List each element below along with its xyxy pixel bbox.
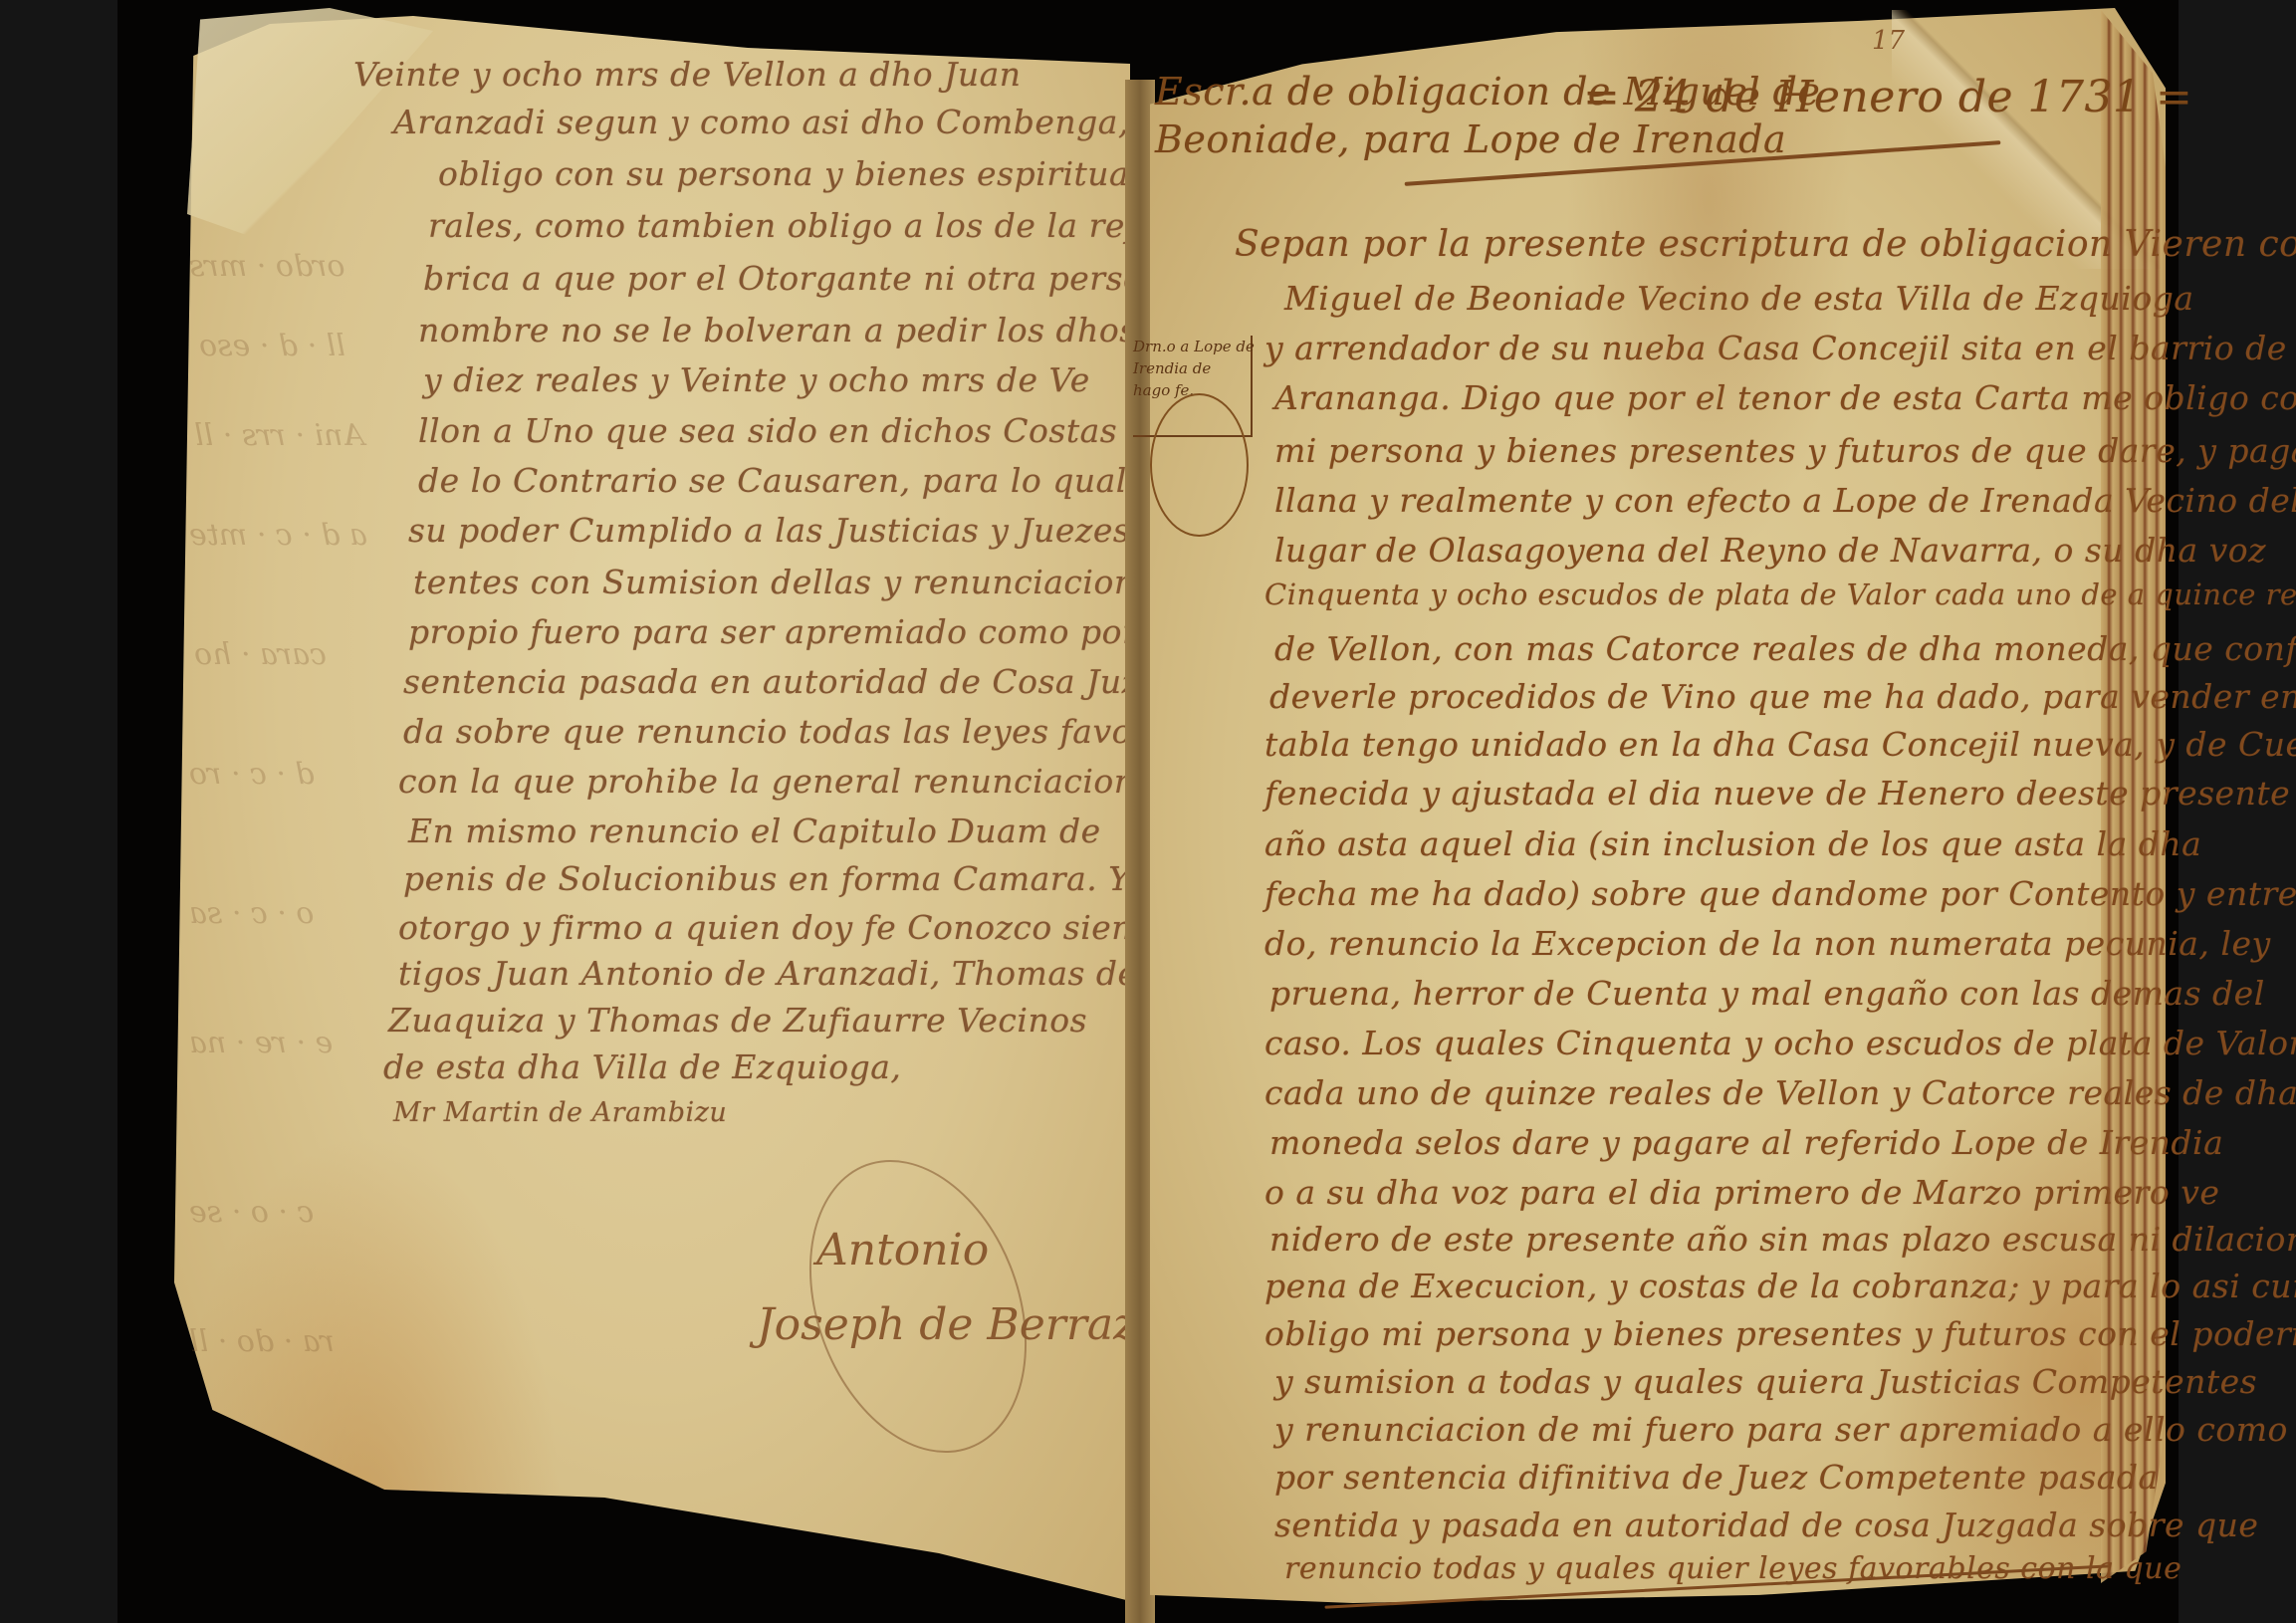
heading-date: = 24 de Henero de 1731 =	[1583, 72, 2192, 122]
margin-flourish	[1150, 393, 1249, 537]
manuscript-line: Veinte y ocho mrs de Vellon a dho Juan	[353, 55, 1022, 94]
manuscript-line: Aranzadi segun y como asi dho Combenga, …	[393, 103, 1208, 141]
manuscript-line: Mr Martin de Arambizu	[393, 1097, 727, 1128]
manuscript-line: En mismo renuncio el Capitulo Duam de	[408, 811, 1101, 850]
manuscript-line: tabla tengo unidado en la dha Casa Conce…	[1264, 725, 2296, 764]
manuscript-line: mi persona y bienes presentes y futuros …	[1274, 431, 2296, 470]
manuscript-line: y sumision a todas y quales quiera Justi…	[1274, 1362, 2257, 1401]
manuscript-line: caso. Los quales Cinquenta y ocho escudo…	[1264, 1024, 2296, 1062]
manuscript-line: nidero de este presente año sin mas plaz…	[1269, 1220, 2296, 1259]
manuscript-line: da sobre que renuncio todas las leyes fa…	[403, 712, 1221, 751]
manuscript-line: llana y realmente y con efecto a Lope de…	[1274, 481, 2296, 520]
manuscript-line: de esta dha Villa de Ezquioga,	[383, 1047, 901, 1086]
manuscript-line: Arananga. Digo que por el tenor de esta …	[1274, 378, 2296, 417]
manuscript-line: año asta aquel dia (sin inclusion de los…	[1264, 824, 2201, 863]
manuscript-line: deverle procedidos de Vino que me ha dad…	[1269, 677, 2296, 716]
manuscript-line: obligo mi persona y bienes presentes y f…	[1264, 1314, 2296, 1353]
signature-1: Antonio	[816, 1225, 989, 1275]
manuscript-line: de lo Contrario se Causaren, para lo qua…	[418, 461, 1191, 500]
manuscript-line: tentes con Sumision dellas y renunciacio…	[413, 563, 1238, 601]
manuscript-line: fecha me ha dado) sobre que dandome por …	[1264, 874, 2296, 913]
manuscript-line: moneda selos dare y pagare al referido L…	[1269, 1123, 2223, 1162]
folio-number: 17	[1872, 26, 1905, 56]
manuscript-line: Sepan por la presente escriptura de obli…	[1235, 224, 2296, 265]
manuscript-line: otorgo y firmo a quien doy fe Conozco si…	[398, 908, 1237, 947]
manuscript-line: y diez reales y Veinte y ocho mrs de Ve	[423, 360, 1090, 399]
margin-note-line: Drn.o a Lope de	[1133, 336, 1251, 357]
manuscript-line: fenecida y ajustada el dia nueve de Hene…	[1264, 774, 2290, 812]
manuscript-line: cada uno de quinze reales de Vellon y Ca…	[1264, 1073, 2296, 1112]
manuscript-line: y arrendador de su nueba Casa Concejil s…	[1264, 329, 2287, 367]
manuscript-line: Miguel de Beoniade Vecino de esta Villa …	[1284, 279, 2194, 318]
manuscript-line: do, renuncio la Excepcion de la non nume…	[1264, 924, 2271, 963]
manuscript-line: pruena, herror de Cuenta y mal engaño co…	[1269, 974, 2265, 1013]
manuscript-line: propio fuero para ser apremiado como por	[408, 612, 1138, 651]
heading-line-2: Beoniade, para Lope de Irenada	[1155, 117, 1786, 161]
manuscript-line: sentencia pasada en autoridad de Cosa Ju…	[403, 662, 1181, 701]
manuscript-line: sentida y pasada en autoridad de cosa Ju…	[1274, 1506, 2258, 1544]
manuscript-line: y renunciacion de mi fuero para ser apre…	[1274, 1410, 2288, 1449]
manuscript-line: penis de Solucionibus en forma Camara. Y…	[403, 859, 1219, 898]
manuscript-line: por sentencia difinitiva de Juez Compete…	[1274, 1458, 2159, 1497]
manuscript-line: Zuaquiza y Thomas de Zufiaurre Vecinos	[388, 1001, 1087, 1040]
manuscript-line: o a su dha voz para el dia primero de Ma…	[1264, 1173, 2219, 1212]
manuscript-line: lugar de Olasagoyena del Reyno de Navarr…	[1274, 531, 2266, 570]
margin-note-line: Irendia de	[1133, 357, 1251, 379]
manuscript-line: Cinquenta y ocho escudos de plata de Val…	[1264, 578, 2296, 611]
manuscript-line: pena de Execucion, y costas de la cobran…	[1264, 1267, 2296, 1305]
manuscript-line: tigos Juan Antonio de Aranzadi, Thomas d…	[398, 954, 1138, 993]
manuscript-line: de Vellon, con mas Catorce reales de dha…	[1274, 629, 2296, 668]
